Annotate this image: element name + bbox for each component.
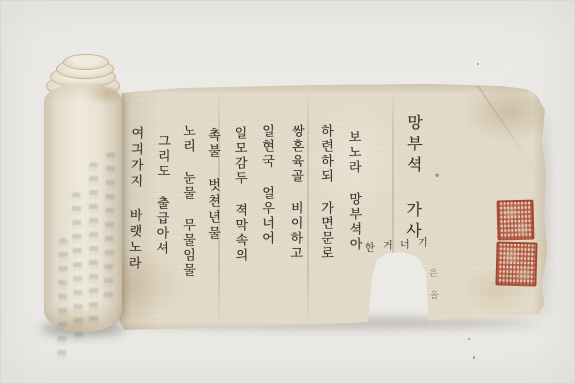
roll-body (44, 84, 122, 332)
text-column: 촉불 벗쳔년물 (203, 128, 222, 242)
annotation-char: 거 (383, 237, 393, 252)
text-column: 하련하되 가면문로 (316, 124, 335, 261)
fold-crease (307, 88, 309, 328)
show-through-text (89, 162, 98, 330)
show-through-text (57, 238, 68, 360)
corner-crease (470, 75, 539, 176)
fold-crease (392, 88, 394, 328)
red-seal-stamp-lower (495, 241, 537, 286)
annotation-char: 기 (418, 234, 428, 249)
text-column: 일현국 얼우너어 (257, 124, 276, 246)
title-column: 망부셕 가사 (401, 114, 425, 243)
rolled-end (44, 50, 124, 334)
show-through-text (72, 192, 84, 342)
show-through-text (104, 152, 116, 300)
dust-speck (473, 356, 475, 359)
annotation-char: 한 (365, 239, 375, 254)
text-column: 일모감두 젹막속의 (229, 126, 249, 263)
text-column: 노리 눈물 무물임물 (178, 124, 197, 278)
dust-speck (477, 63, 479, 65)
torn-character-fragment: 을 (430, 288, 439, 301)
dust-speck (468, 338, 470, 340)
text-column: 여긔가지 바랫노라 (123, 126, 145, 272)
scroll-photo: 망부셕 가사 보노라 망부셕아 하련하되 가면문로 쌍혼육골 비이하고 일현국 … (0, 0, 575, 384)
annotation-char: 너 (400, 236, 410, 251)
roll-spiral-edge (63, 54, 109, 70)
torn-character-fragment: 은 (429, 266, 438, 279)
text-column: 쌍혼육골 비이하고 (285, 124, 306, 261)
text-column: 그리도 출급아셔 (151, 134, 172, 256)
red-seal-stamp-upper (496, 200, 534, 241)
text-column: 보노라 망부셕아 (343, 130, 363, 252)
manuscript-sheet: 망부셕 가사 보노라 망부셕아 하련하되 가면문로 쌍혼육골 비이하고 일현국 … (118, 84, 548, 334)
